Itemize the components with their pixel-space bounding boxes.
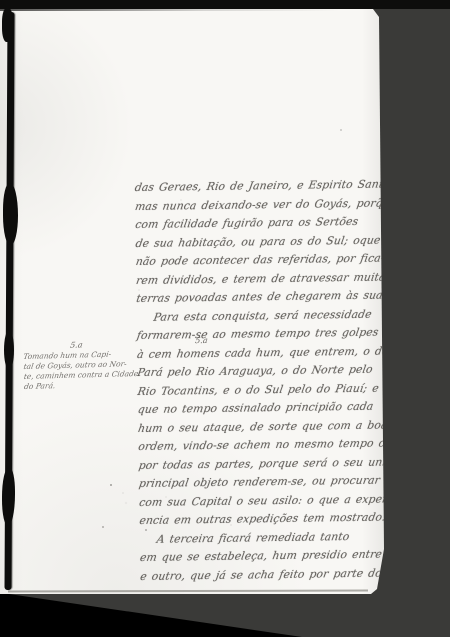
paper-specks: [110, 484, 112, 486]
binding-mark: [4, 330, 14, 370]
binding-mark: [2, 8, 13, 42]
scan-backdrop: 5.a Tomando hum na Capi-tal de Goyás, ou…: [0, 0, 450, 637]
binding-mark: [3, 183, 18, 245]
margin-note: 5.a Tomando hum na Capi-tal de Goyás, ou…: [22, 339, 125, 392]
page-bottom-edge: [8, 589, 368, 591]
margin-note-lines: Tomando hum na Capi-tal de Goyás, outro …: [22, 349, 125, 392]
manuscript-text-block: 5.a das Geraes, Rio de Janeiro, e Espiri…: [133, 175, 385, 585]
manuscript-page: 5.a Tomando hum na Capi-tal de Goyás, ou…: [0, 9, 385, 594]
manuscript-lines: das Geraes, Rio de Janeiro, e Espirito S…: [133, 175, 385, 585]
manuscript-line: e outro, que já se acha feito por parte …: [139, 564, 385, 586]
margin-note-line: do Pará.: [23, 379, 126, 392]
scan-corner-shadow: [0, 594, 302, 637]
scan-top-edge: [0, 0, 450, 9]
